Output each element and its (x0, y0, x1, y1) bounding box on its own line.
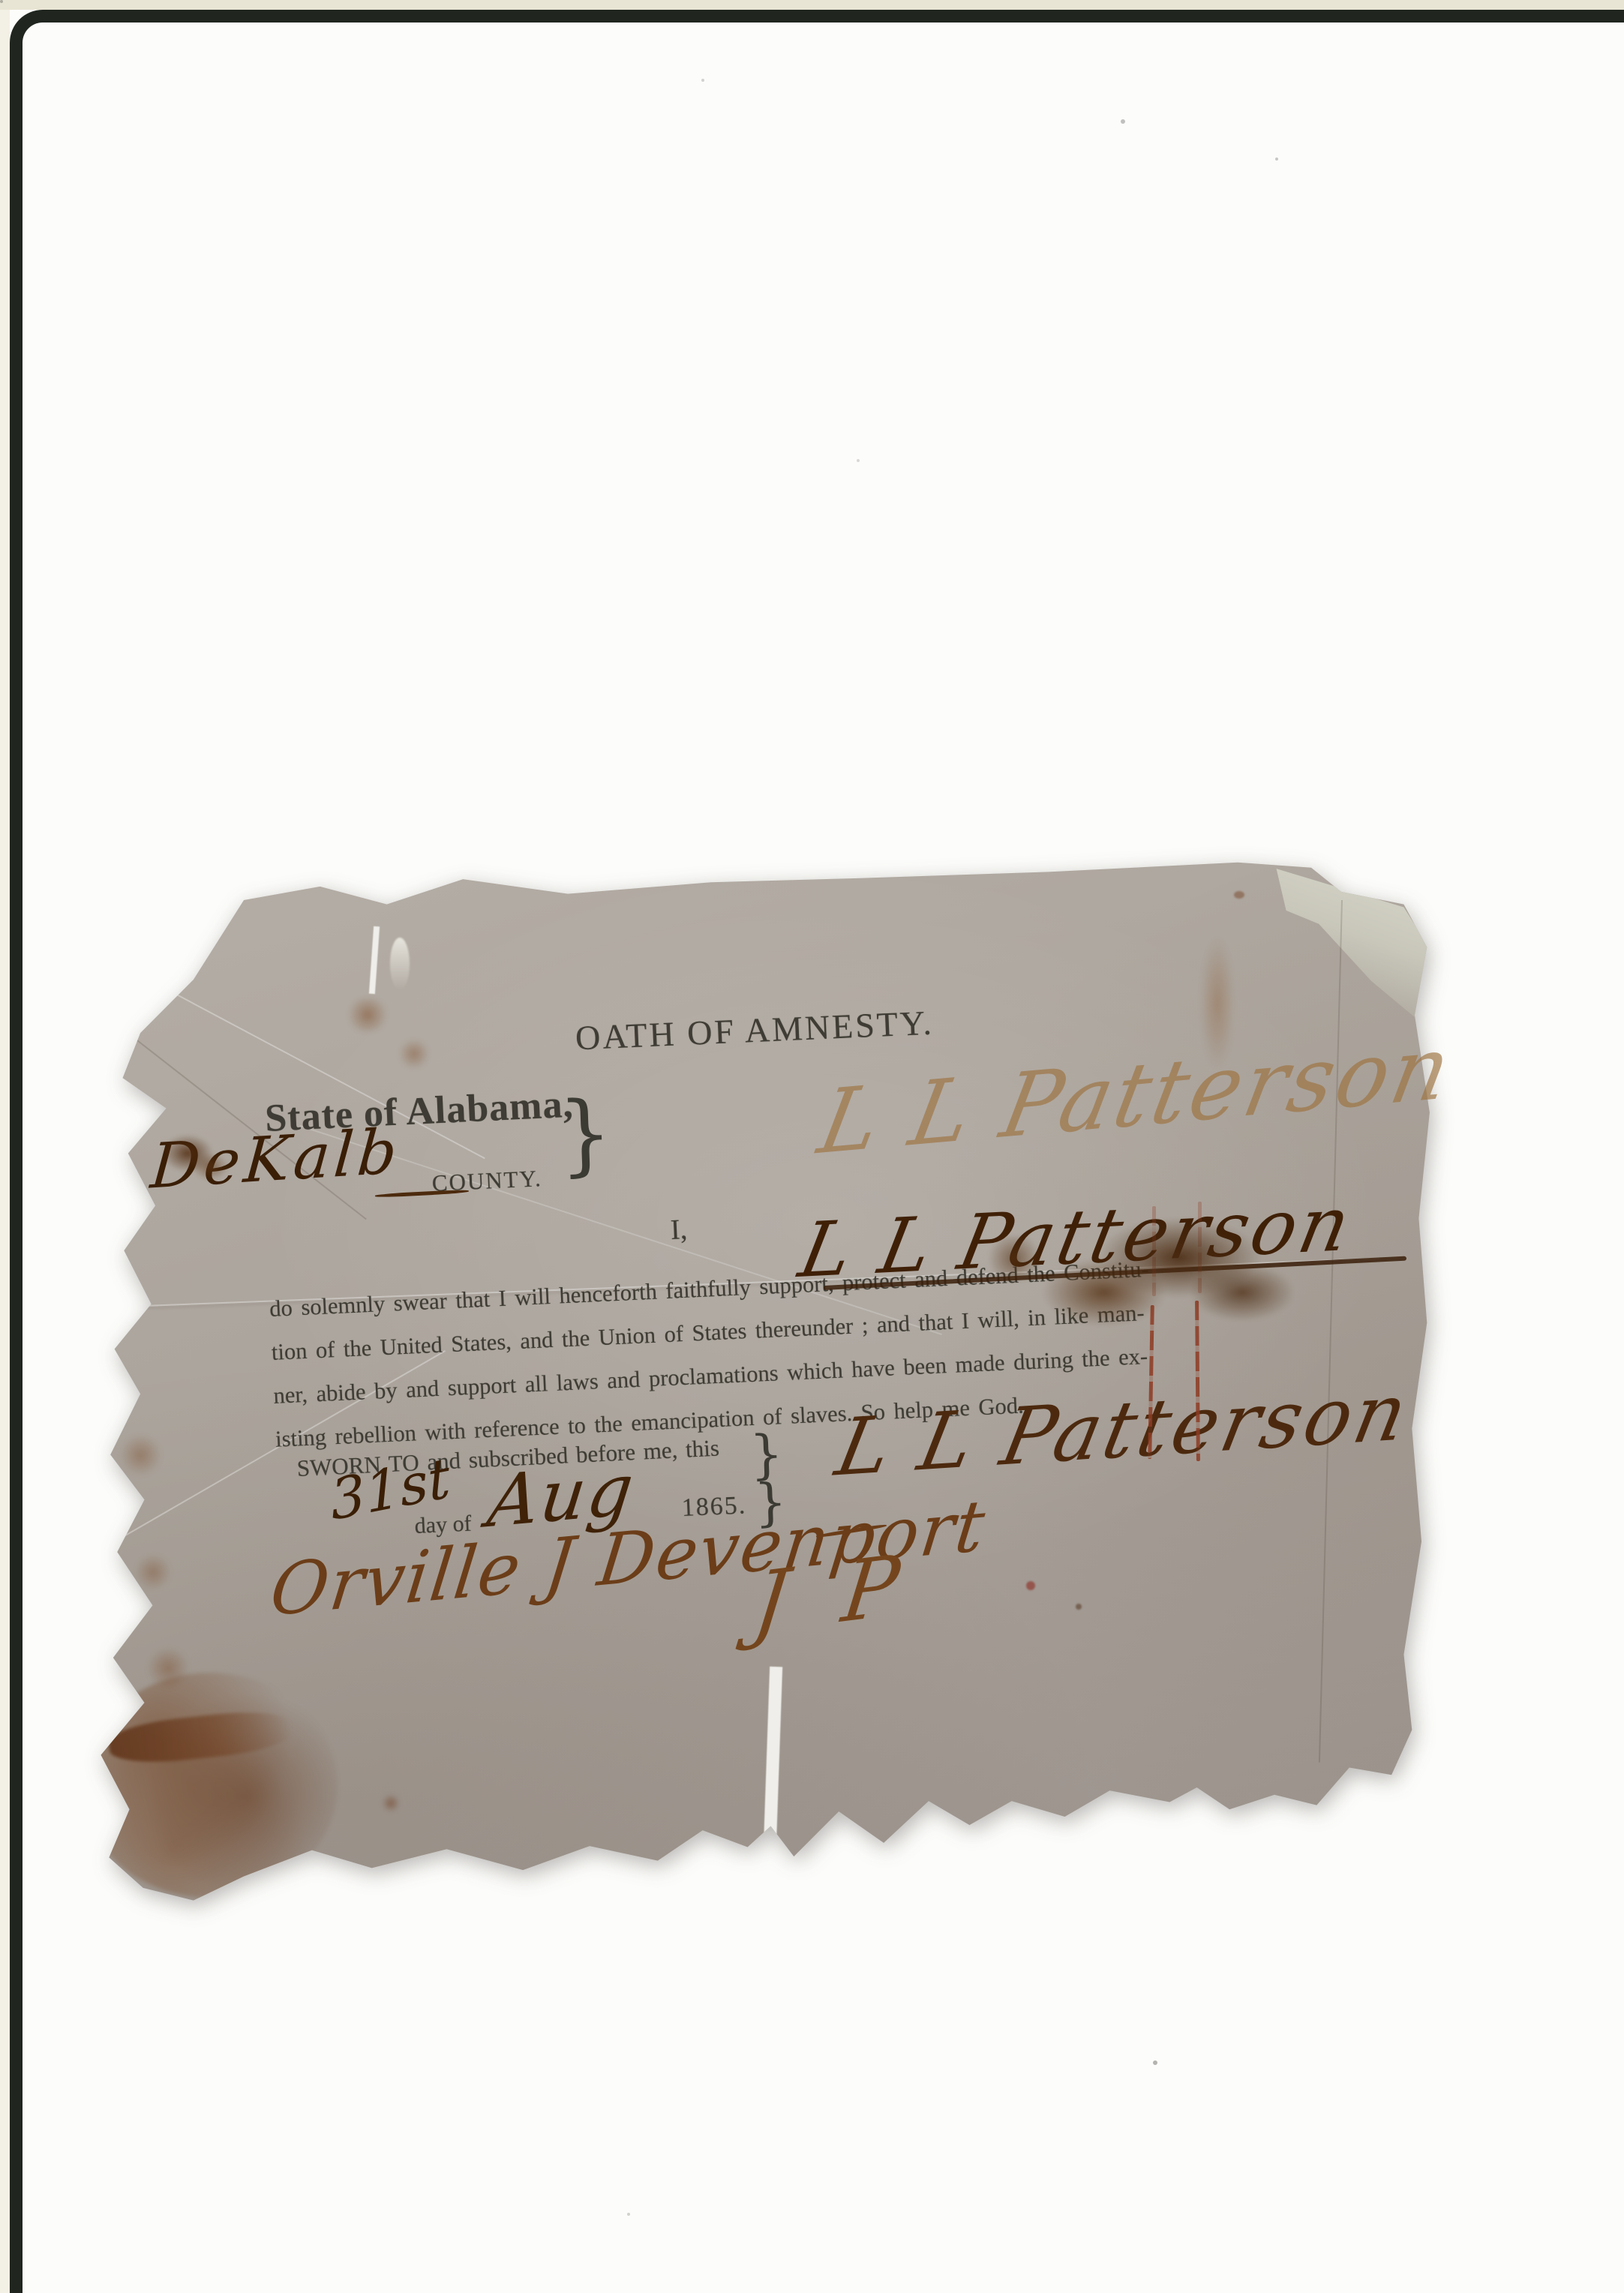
stain-top-left-spots (398, 1039, 431, 1069)
stain-left-edge (120, 1433, 161, 1478)
ink-blot-on-signature (1041, 1209, 1292, 1348)
state-brace: } (557, 1079, 614, 1190)
i-label: I, (670, 1213, 688, 1247)
stain-left-edge (135, 1553, 171, 1592)
tear-sliver (369, 926, 380, 994)
scanner-top-strip (0, 0, 1624, 10)
ink-blot-dekalb (147, 1124, 237, 1190)
stain-dot (381, 1794, 401, 1812)
scanner-left-strip (0, 10, 10, 2293)
stain-dot (1026, 1581, 1035, 1590)
stain-top-left-spots (345, 998, 390, 1032)
ink-blot-small (984, 1236, 1044, 1281)
tear-sliver (764, 1667, 782, 1847)
stain-dot (1076, 1604, 1082, 1610)
stain-top-nick (390, 938, 410, 990)
stain-dot (1234, 891, 1244, 899)
scan-speckles (0, 0, 3, 3)
